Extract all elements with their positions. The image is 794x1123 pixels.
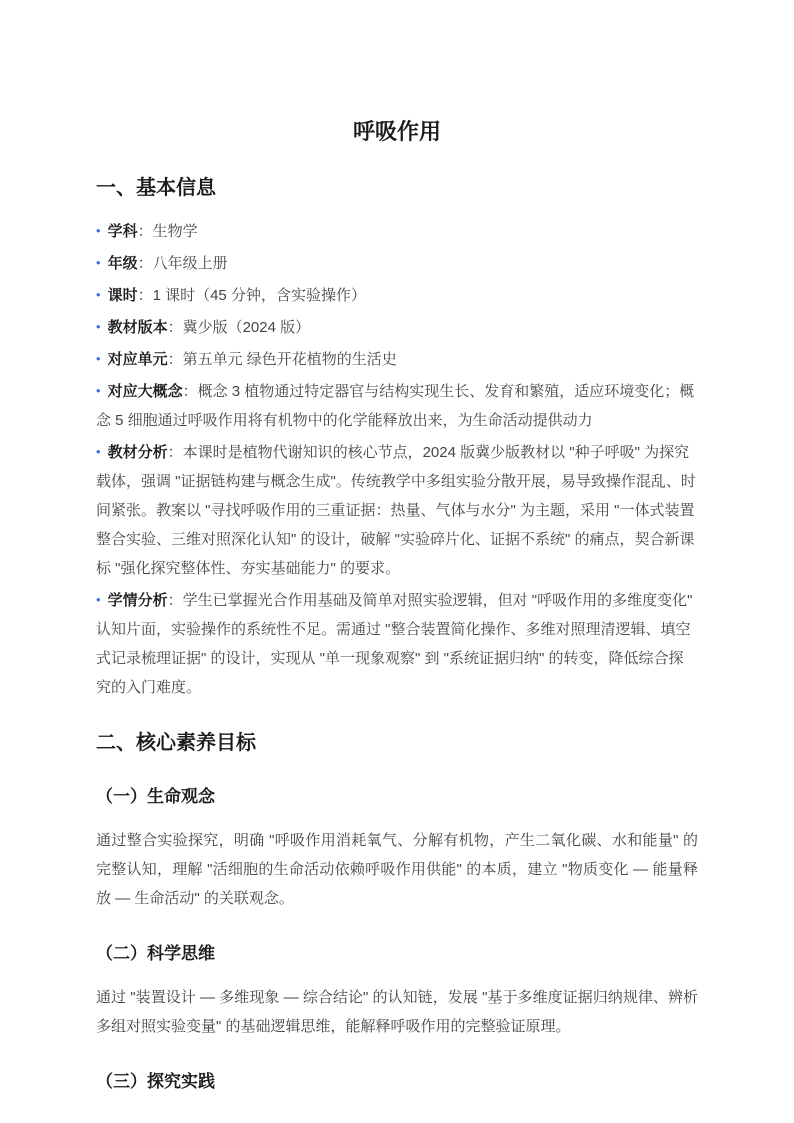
item-label: 学科	[108, 223, 138, 240]
subsection-heading-life-concept: （一）生命观念	[96, 786, 698, 808]
item-value: ：学生已掌握光合作用基础及简单对照实验逻辑，但对 "呼吸作用的多维度变化" 认知…	[96, 592, 692, 696]
list-item-grade: •年级：八年级上册	[96, 249, 698, 278]
bullet-icon: •	[96, 319, 101, 334]
subsection-heading-scientific-thinking: （二）科学思维	[96, 943, 698, 965]
section-heading-core-literacy: 二、核心素养目标	[96, 730, 698, 756]
bullet-icon: •	[96, 255, 101, 270]
bullet-icon: •	[96, 383, 101, 398]
subsection-heading-inquiry-practice: （三）探究实践	[96, 1071, 698, 1093]
bullet-icon: •	[96, 287, 101, 302]
bullet-icon: •	[96, 444, 101, 459]
bullet-icon: •	[96, 223, 101, 238]
item-label: 对应大概念	[108, 383, 183, 400]
list-item-learner-analysis: •学情分析：学生已掌握光合作用基础及简单对照实验逻辑，但对 "呼吸作用的多维度变…	[96, 586, 698, 702]
item-value: ：概念 3 植物通过特定器官与结构实现生长、发育和繁殖，适应环境变化；概念 5 …	[96, 383, 694, 429]
basic-info-list: •学科：生物学 •年级：八年级上册 •课时：1 课时（45 分钟，含实验操作） …	[96, 217, 698, 702]
list-item-big-concepts: •对应大概念：概念 3 植物通过特定器官与结构实现生长、发育和繁殖，适应环境变化…	[96, 377, 698, 435]
bullet-icon: •	[96, 351, 101, 366]
item-value: ：冀少版（2024 版）	[168, 319, 311, 336]
item-value: ：第五单元 绿色开花植物的生活史	[168, 351, 397, 368]
paragraph-life-concept: 通过整合实验探究，明确 "呼吸作用消耗氧气、分解有机物，产生二氧化碳、水和能量"…	[96, 826, 698, 913]
item-label: 课时	[108, 287, 138, 304]
bullet-icon: •	[96, 592, 101, 607]
section-heading-basic-info: 一、基本信息	[96, 175, 698, 201]
item-value: ：八年级上册	[138, 255, 228, 272]
doc-title: 呼吸作用	[96, 118, 698, 147]
item-label: 对应单元	[108, 351, 168, 368]
list-item-unit: •对应单元：第五单元 绿色开花植物的生活史	[96, 345, 698, 374]
item-label: 年级	[108, 255, 138, 272]
item-value: ：生物学	[138, 223, 198, 240]
list-item-period: •课时：1 课时（45 分钟，含实验操作）	[96, 281, 698, 310]
item-value: ：1 课时（45 分钟，含实验操作）	[138, 287, 366, 304]
document-page: 呼吸作用 一、基本信息 •学科：生物学 •年级：八年级上册 •课时：1 课时（4…	[0, 0, 794, 1123]
list-item-subject: •学科：生物学	[96, 217, 698, 246]
list-item-textbook-edition: •教材版本：冀少版（2024 版）	[96, 313, 698, 342]
item-label: 学情分析	[108, 592, 168, 609]
paragraph-scientific-thinking: 通过 "装置设计 — 多维现象 — 综合结论" 的认知链，发展 "基于多维度证据…	[96, 983, 698, 1041]
item-label: 教材版本	[108, 319, 168, 336]
item-value: ：本课时是植物代谢知识的核心节点，2024 版冀少版教材以 "种子呼吸" 为探究…	[96, 444, 696, 577]
item-label: 教材分析	[108, 444, 168, 461]
list-item-material-analysis: •教材分析：本课时是植物代谢知识的核心节点，2024 版冀少版教材以 "种子呼吸…	[96, 438, 698, 583]
